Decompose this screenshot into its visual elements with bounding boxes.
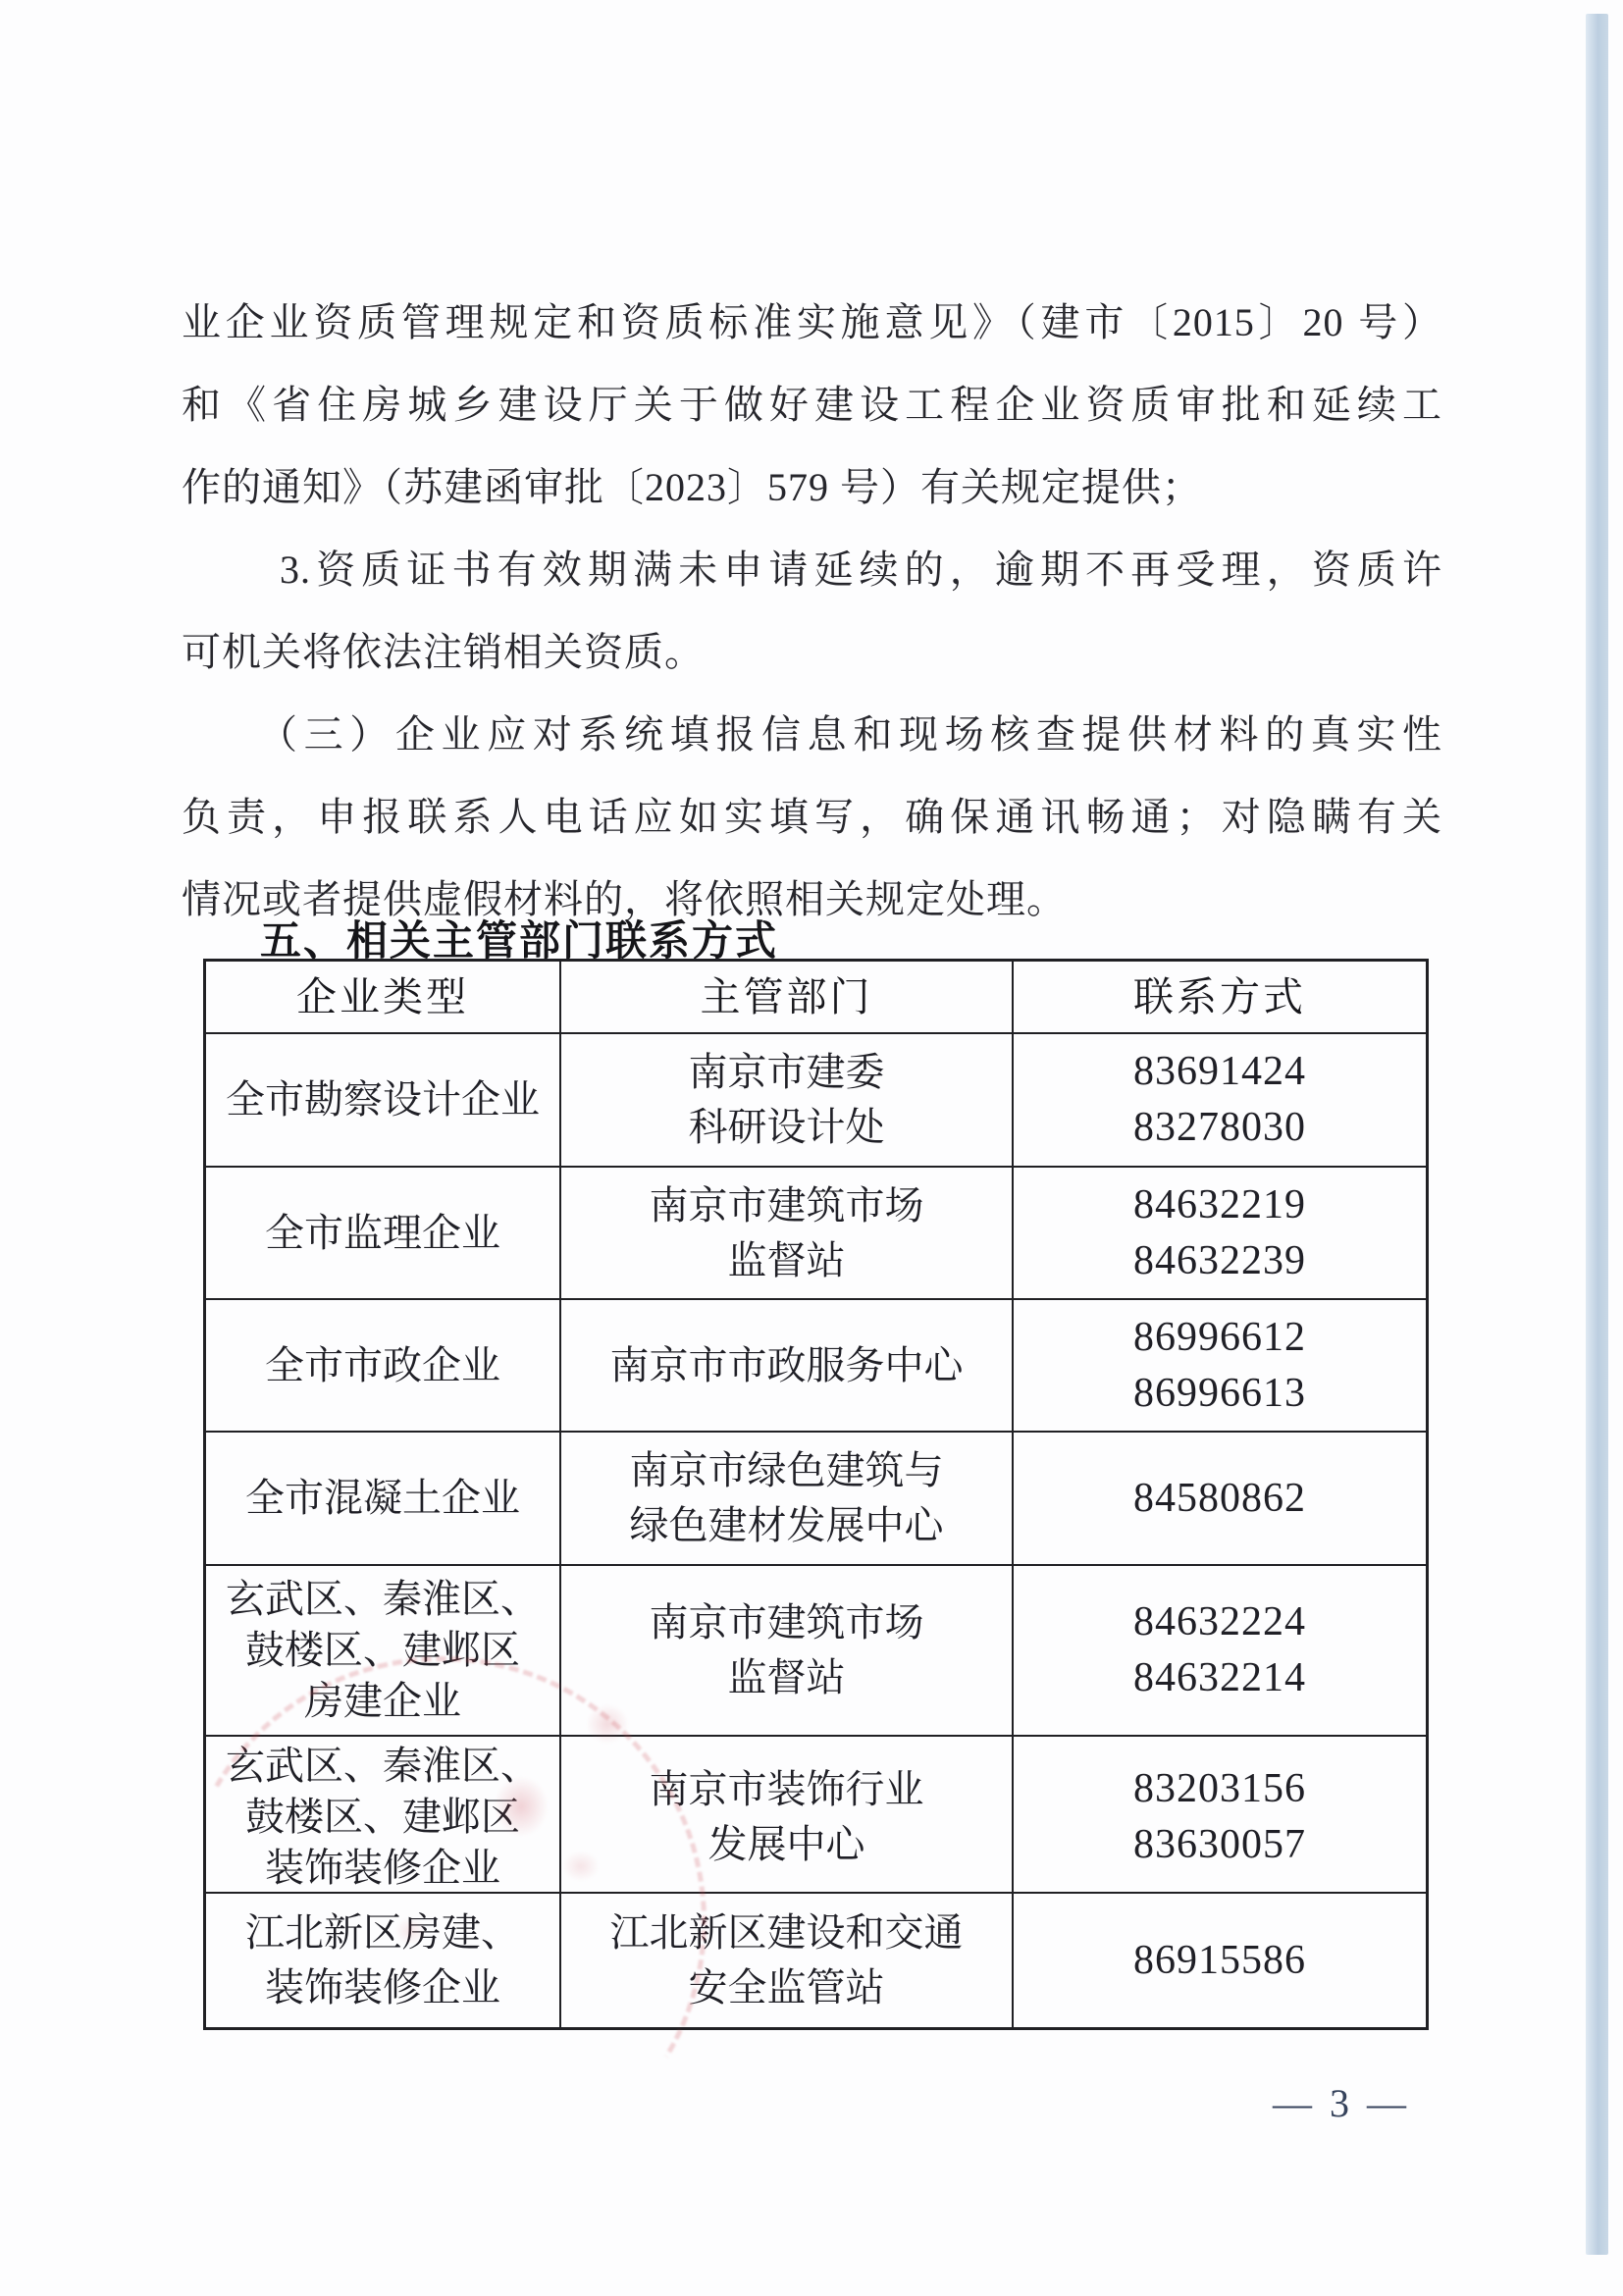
cell-line: 南京市装饰行业: [650, 1762, 924, 1817]
cell-line: 83203156: [1133, 1761, 1306, 1817]
body-text-line: 业企业资质管理规定和资质标准实施意见》（建市〔2015〕20 号）: [182, 282, 1442, 364]
table-row: 玄武区、秦淮区、 鼓楼区、建邺区 装饰装修企业 南京市装饰行业 发展中心 832…: [206, 1735, 1426, 1892]
cell-line: 84632224: [1133, 1594, 1306, 1650]
cell-department: 南京市建筑市场 监督站: [559, 1566, 1012, 1735]
cell-enterprise-type: 全市监理企业: [206, 1168, 559, 1298]
contacts-table: 企业类型 主管部门 联系方式 全市勘察设计企业 南京市建委 科研设计处 8369…: [203, 959, 1429, 2030]
cell-line: 科研设计处: [689, 1100, 885, 1155]
cell-line: 安全监管站: [689, 1960, 885, 2015]
cell-line: 装饰装修企业: [265, 1960, 500, 2015]
cell-enterprise-type: 江北新区房建、 装饰装修企业: [206, 1894, 559, 2027]
cell-department: 南京市绿色建筑与 绿色建材发展中心: [559, 1433, 1012, 1564]
cell-line: 84632239: [1133, 1233, 1306, 1289]
cell-line: 南京市市政服务中心: [610, 1338, 964, 1393]
cell-line: 84580862: [1133, 1471, 1306, 1527]
cell-line: 全市监理企业: [265, 1206, 500, 1261]
document-page: 业企业资质管理规定和资质标准实施意见》（建市〔2015〕20 号） 和《省住房城…: [0, 0, 1623, 2296]
cell-line: 全市混凝土企业: [245, 1471, 520, 1526]
table-row: 全市市政企业 南京市市政服务中心 86996612 86996613: [206, 1298, 1426, 1431]
cell-contact: 86996612 86996613: [1012, 1300, 1426, 1431]
cell-line: 83630057: [1133, 1817, 1306, 1873]
table-header-cell-dept: 主管部门: [559, 962, 1012, 1032]
body-text-line: （三）企业应对系统填报信息和现场核查提供材料的真实性: [182, 694, 1442, 776]
table-header-cell-contact: 联系方式: [1012, 962, 1426, 1032]
cell-contact: 83691424 83278030: [1012, 1034, 1426, 1166]
cell-enterprise-type: 玄武区、秦淮区、 鼓楼区、建邺区 装饰装修企业: [206, 1737, 559, 1898]
body-text-line: 作的通知》（苏建函审批〔2023〕579 号）有关规定提供；: [182, 446, 1442, 529]
body-text-line: 和《省住房城乡建设厅关于做好建设工程企业资质审批和延续工: [182, 364, 1442, 446]
table-row: 全市勘察设计企业 南京市建委 科研设计处 83691424 83278030: [206, 1032, 1426, 1166]
cell-line: 装饰装修企业: [265, 1843, 500, 1894]
cell-line: 房建企业: [304, 1676, 461, 1727]
cell-contact: 83203156 83630057: [1012, 1737, 1426, 1898]
cell-line: 玄武区、秦淮区、: [226, 1741, 540, 1792]
cell-line: 江北新区房建、: [245, 1905, 520, 1960]
table-row: 全市监理企业 南京市建筑市场 监督站 84632219 84632239: [206, 1166, 1426, 1298]
page-number: — 3 —: [1248, 2080, 1435, 2126]
cell-line: 全市市政企业: [265, 1338, 500, 1393]
body-text: 业企业资质管理规定和资质标准实施意见》（建市〔2015〕20 号） 和《省住房城…: [182, 282, 1442, 941]
table-header-cell-type: 企业类型: [206, 962, 559, 1032]
cell-line: 发展中心: [708, 1817, 865, 1872]
cell-department: 南京市建筑市场 监督站: [559, 1168, 1012, 1298]
cell-line: 86915586: [1133, 1933, 1306, 1989]
table-row: 江北新区房建、 装饰装修企业 江北新区建设和交通 安全监管站 86915586: [206, 1892, 1426, 2027]
body-text-line: 负责，申报联系人电话应如实填写，确保通讯畅通；对隐瞒有关: [182, 776, 1442, 859]
cell-line: 玄武区、秦淮区、: [226, 1574, 540, 1625]
scan-edge-strip: [1586, 14, 1608, 2255]
cell-enterprise-type: 玄武区、秦淮区、 鼓楼区、建邺区 房建企业: [206, 1566, 559, 1735]
cell-line: 83278030: [1133, 1100, 1306, 1156]
cell-contact: 84632219 84632239: [1012, 1168, 1426, 1298]
cell-department: 南京市市政服务中心: [559, 1300, 1012, 1431]
cell-line: 全市勘察设计企业: [226, 1072, 540, 1127]
cell-department: 南京市装饰行业 发展中心: [559, 1737, 1012, 1898]
cell-line: 鼓楼区、建邺区: [245, 1792, 520, 1843]
cell-contact: 86915586: [1012, 1894, 1426, 2027]
cell-enterprise-type: 全市市政企业: [206, 1300, 559, 1431]
cell-enterprise-type: 全市混凝土企业: [206, 1433, 559, 1564]
cell-line: 鼓楼区、建邺区: [245, 1625, 520, 1676]
table-row: 全市混凝土企业 南京市绿色建筑与 绿色建材发展中心 84580862: [206, 1431, 1426, 1564]
table-row: 玄武区、秦淮区、 鼓楼区、建邺区 房建企业 南京市建筑市场 监督站 846322…: [206, 1564, 1426, 1735]
cell-line: 南京市建筑市场: [650, 1178, 924, 1233]
cell-contact: 84580862: [1012, 1433, 1426, 1564]
body-text-line: 可机关将依法注销相关资质。: [182, 611, 1442, 694]
cell-enterprise-type: 全市勘察设计企业: [206, 1034, 559, 1166]
body-text-line: 3.资质证书有效期满未申请延续的，逾期不再受理，资质许: [182, 529, 1442, 611]
cell-line: 84632214: [1133, 1650, 1306, 1706]
cell-line: 南京市建筑市场: [650, 1595, 924, 1650]
cell-line: 江北新区建设和交通: [610, 1905, 964, 1960]
cell-contact: 84632224 84632214: [1012, 1566, 1426, 1735]
table-header-row: 企业类型 主管部门 联系方式: [206, 962, 1426, 1032]
cell-department: 江北新区建设和交通 安全监管站: [559, 1894, 1012, 2027]
cell-line: 监督站: [728, 1233, 846, 1288]
cell-line: 86996612: [1133, 1310, 1306, 1366]
cell-line: 监督站: [728, 1650, 846, 1705]
cell-line: 绿色建材发展中心: [630, 1498, 944, 1553]
cell-line: 南京市绿色建筑与: [630, 1443, 944, 1498]
cell-line: 86996613: [1133, 1366, 1306, 1422]
cell-line: 83691424: [1133, 1044, 1306, 1100]
cell-line: 84632219: [1133, 1177, 1306, 1233]
cell-line: 南京市建委: [689, 1045, 885, 1100]
cell-department: 南京市建委 科研设计处: [559, 1034, 1012, 1166]
